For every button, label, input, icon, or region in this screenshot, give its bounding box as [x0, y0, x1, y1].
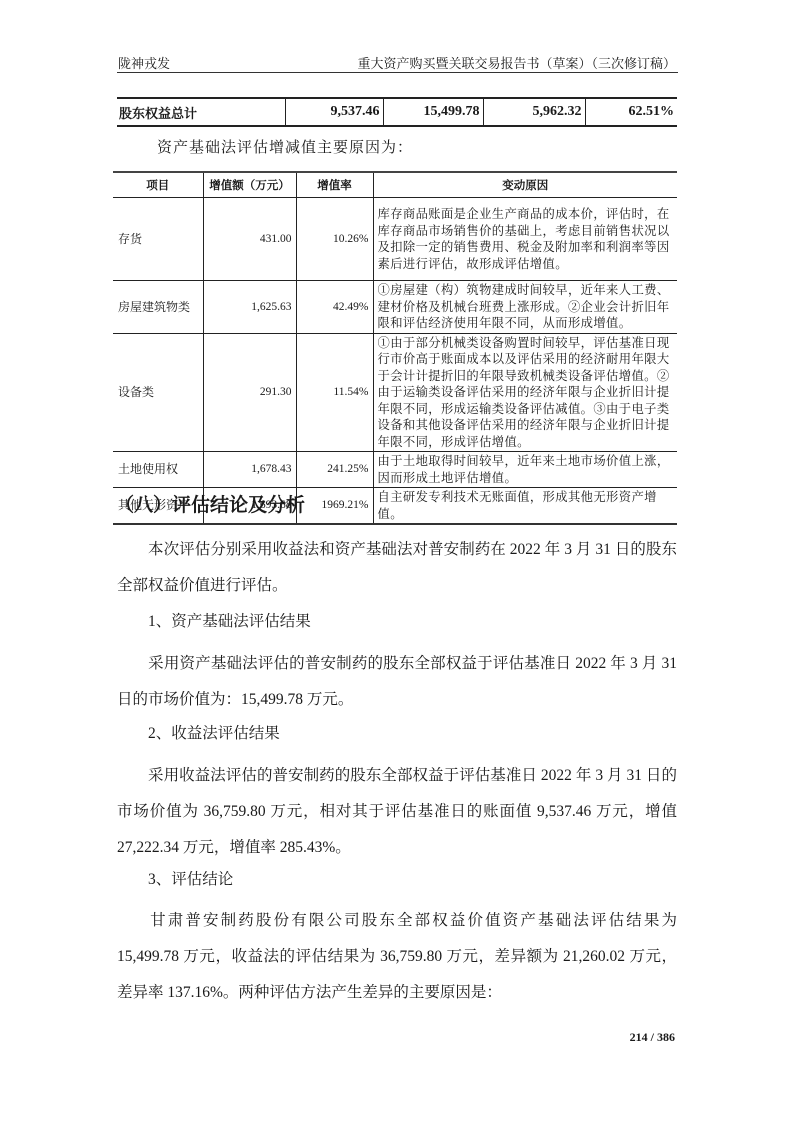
col-header-item: 项目: [113, 172, 203, 198]
cell-rate: 42.49%: [296, 281, 373, 334]
table-row: 股东权益总计 9,537.46 15,499.78 5,962.32 62.51…: [117, 98, 677, 126]
table-intro: 资产基础法评估增减值主要原因为：: [157, 136, 413, 157]
paragraph-text: 采用收益法评估的普安制药的股东全部权益于评估基准日 2022 年 3 月 31 …: [117, 767, 677, 856]
table-row: 存货 431.00 10.26% 库存商品账面是企业生产商品的成本价，评估时，在…: [113, 198, 677, 281]
paragraph-text: 采用资产基础法评估的普安制药的股东全部权益于评估基准日 2022 年 3 月 3…: [117, 655, 677, 708]
cell-rate: 241.25%: [296, 452, 373, 488]
paragraph-text: 本次评估分别采用收益法和资产基础法对普安制药在 2022 年 3 月 31 日的…: [117, 541, 677, 594]
appreciation-reason-table: 项目 增值额（万元） 增值率 变动原因 存货 431.00 10.26% 库存商…: [113, 171, 677, 525]
subheading-asset-method: 1、资产基础法评估结果: [117, 604, 677, 640]
cell-reason: ①由于部分机械类设备购置时间较早，评估基准日现行市价高于账面成本以及评估采用的经…: [373, 333, 677, 452]
cell-rate: 11.54%: [296, 333, 373, 452]
paragraph-income-result: 采用收益法评估的普安制药的股东全部权益于评估基准日 2022 年 3 月 31 …: [117, 758, 677, 866]
section-title: （八）评估结论及分析: [115, 490, 305, 517]
summary-book-value: 9,537.46: [285, 98, 383, 126]
summary-increase-amount: 5,962.32: [483, 98, 585, 126]
cell-rate: 1969.21%: [296, 488, 373, 525]
subheading-text: 2、收益法评估结果: [148, 725, 280, 742]
cell-reason: 库存商品账面是企业生产商品的成本价，评估时，在库存商品市场销售价的基础上，考虑目…: [373, 198, 677, 281]
paragraph-intro: 本次评估分别采用收益法和资产基础法对普安制药在 2022 年 3 月 31 日的…: [117, 532, 677, 604]
summary-appraised-value: 15,499.78: [383, 98, 483, 126]
subheading-conclusion: 3、评估结论: [117, 862, 677, 898]
header-divider: [117, 72, 678, 73]
header-doc-title: 重大资产购买暨关联交易报告书（草案）（三次修订稿）: [357, 53, 676, 72]
col-header-reason: 变动原因: [373, 172, 677, 198]
subheading-text: 1、资产基础法评估结果: [148, 613, 311, 630]
cell-item: 设备类: [113, 333, 203, 452]
cell-amount: 291.30: [203, 333, 296, 452]
paragraph-text: 甘肃普安制药股份有限公司股东全部权益价值资产基础法评估结果为 15,499.78…: [117, 912, 677, 1001]
cell-item: 土地使用权: [113, 452, 203, 488]
cell-rate: 10.26%: [296, 198, 373, 281]
col-header-rate: 增值率: [296, 172, 373, 198]
summary-label: 股东权益总计: [117, 98, 285, 126]
cell-item: 房屋建筑物类: [113, 281, 203, 334]
cell-reason: ①房屋建（构）筑物建成时间较早，近年来人工费、建材价格及机械台班费上涨形成。②企…: [373, 281, 677, 334]
subheading-text: 3、评估结论: [148, 871, 233, 888]
cell-reason: 由于土地取得时间较早，近年来土地市场价值上涨，因而形成土地评估增值。: [373, 452, 677, 488]
cell-amount: 1,678.43: [203, 452, 296, 488]
cell-item: 存货: [113, 198, 203, 281]
subheading-income-method: 2、收益法评估结果: [117, 716, 677, 752]
page-number: 214 / 386: [630, 1030, 675, 1045]
cell-reason: 自主研发专利技术无账面值，形成其他无形资产增值。: [373, 488, 677, 525]
table-header-row: 项目 增值额（万元） 增值率 变动原因: [113, 172, 677, 198]
table-row: 土地使用权 1,678.43 241.25% 由于土地取得时间较早，近年来土地市…: [113, 452, 677, 488]
cell-amount: 1,625.63: [203, 281, 296, 334]
paragraph-asset-result: 采用资产基础法评估的普安制药的股东全部权益于评估基准日 2022 年 3 月 3…: [117, 646, 677, 718]
summary-table: 股东权益总计 9,537.46 15,499.78 5,962.32 62.51…: [117, 97, 677, 127]
header-company: 陇神戎发: [118, 53, 170, 72]
col-header-amount: 增值额（万元）: [203, 172, 296, 198]
paragraph-conclusion: 甘肃普安制药股份有限公司股东全部权益价值资产基础法评估结果为 15,499.78…: [117, 903, 677, 1011]
table-row: 设备类 291.30 11.54% ①由于部分机械类设备购置时间较早，评估基准日…: [113, 333, 677, 452]
cell-amount: 431.00: [203, 198, 296, 281]
summary-increase-rate: 62.51%: [585, 98, 677, 126]
table-row: 房屋建筑物类 1,625.63 42.49% ①房屋建（构）筑物建成时间较早，近…: [113, 281, 677, 334]
